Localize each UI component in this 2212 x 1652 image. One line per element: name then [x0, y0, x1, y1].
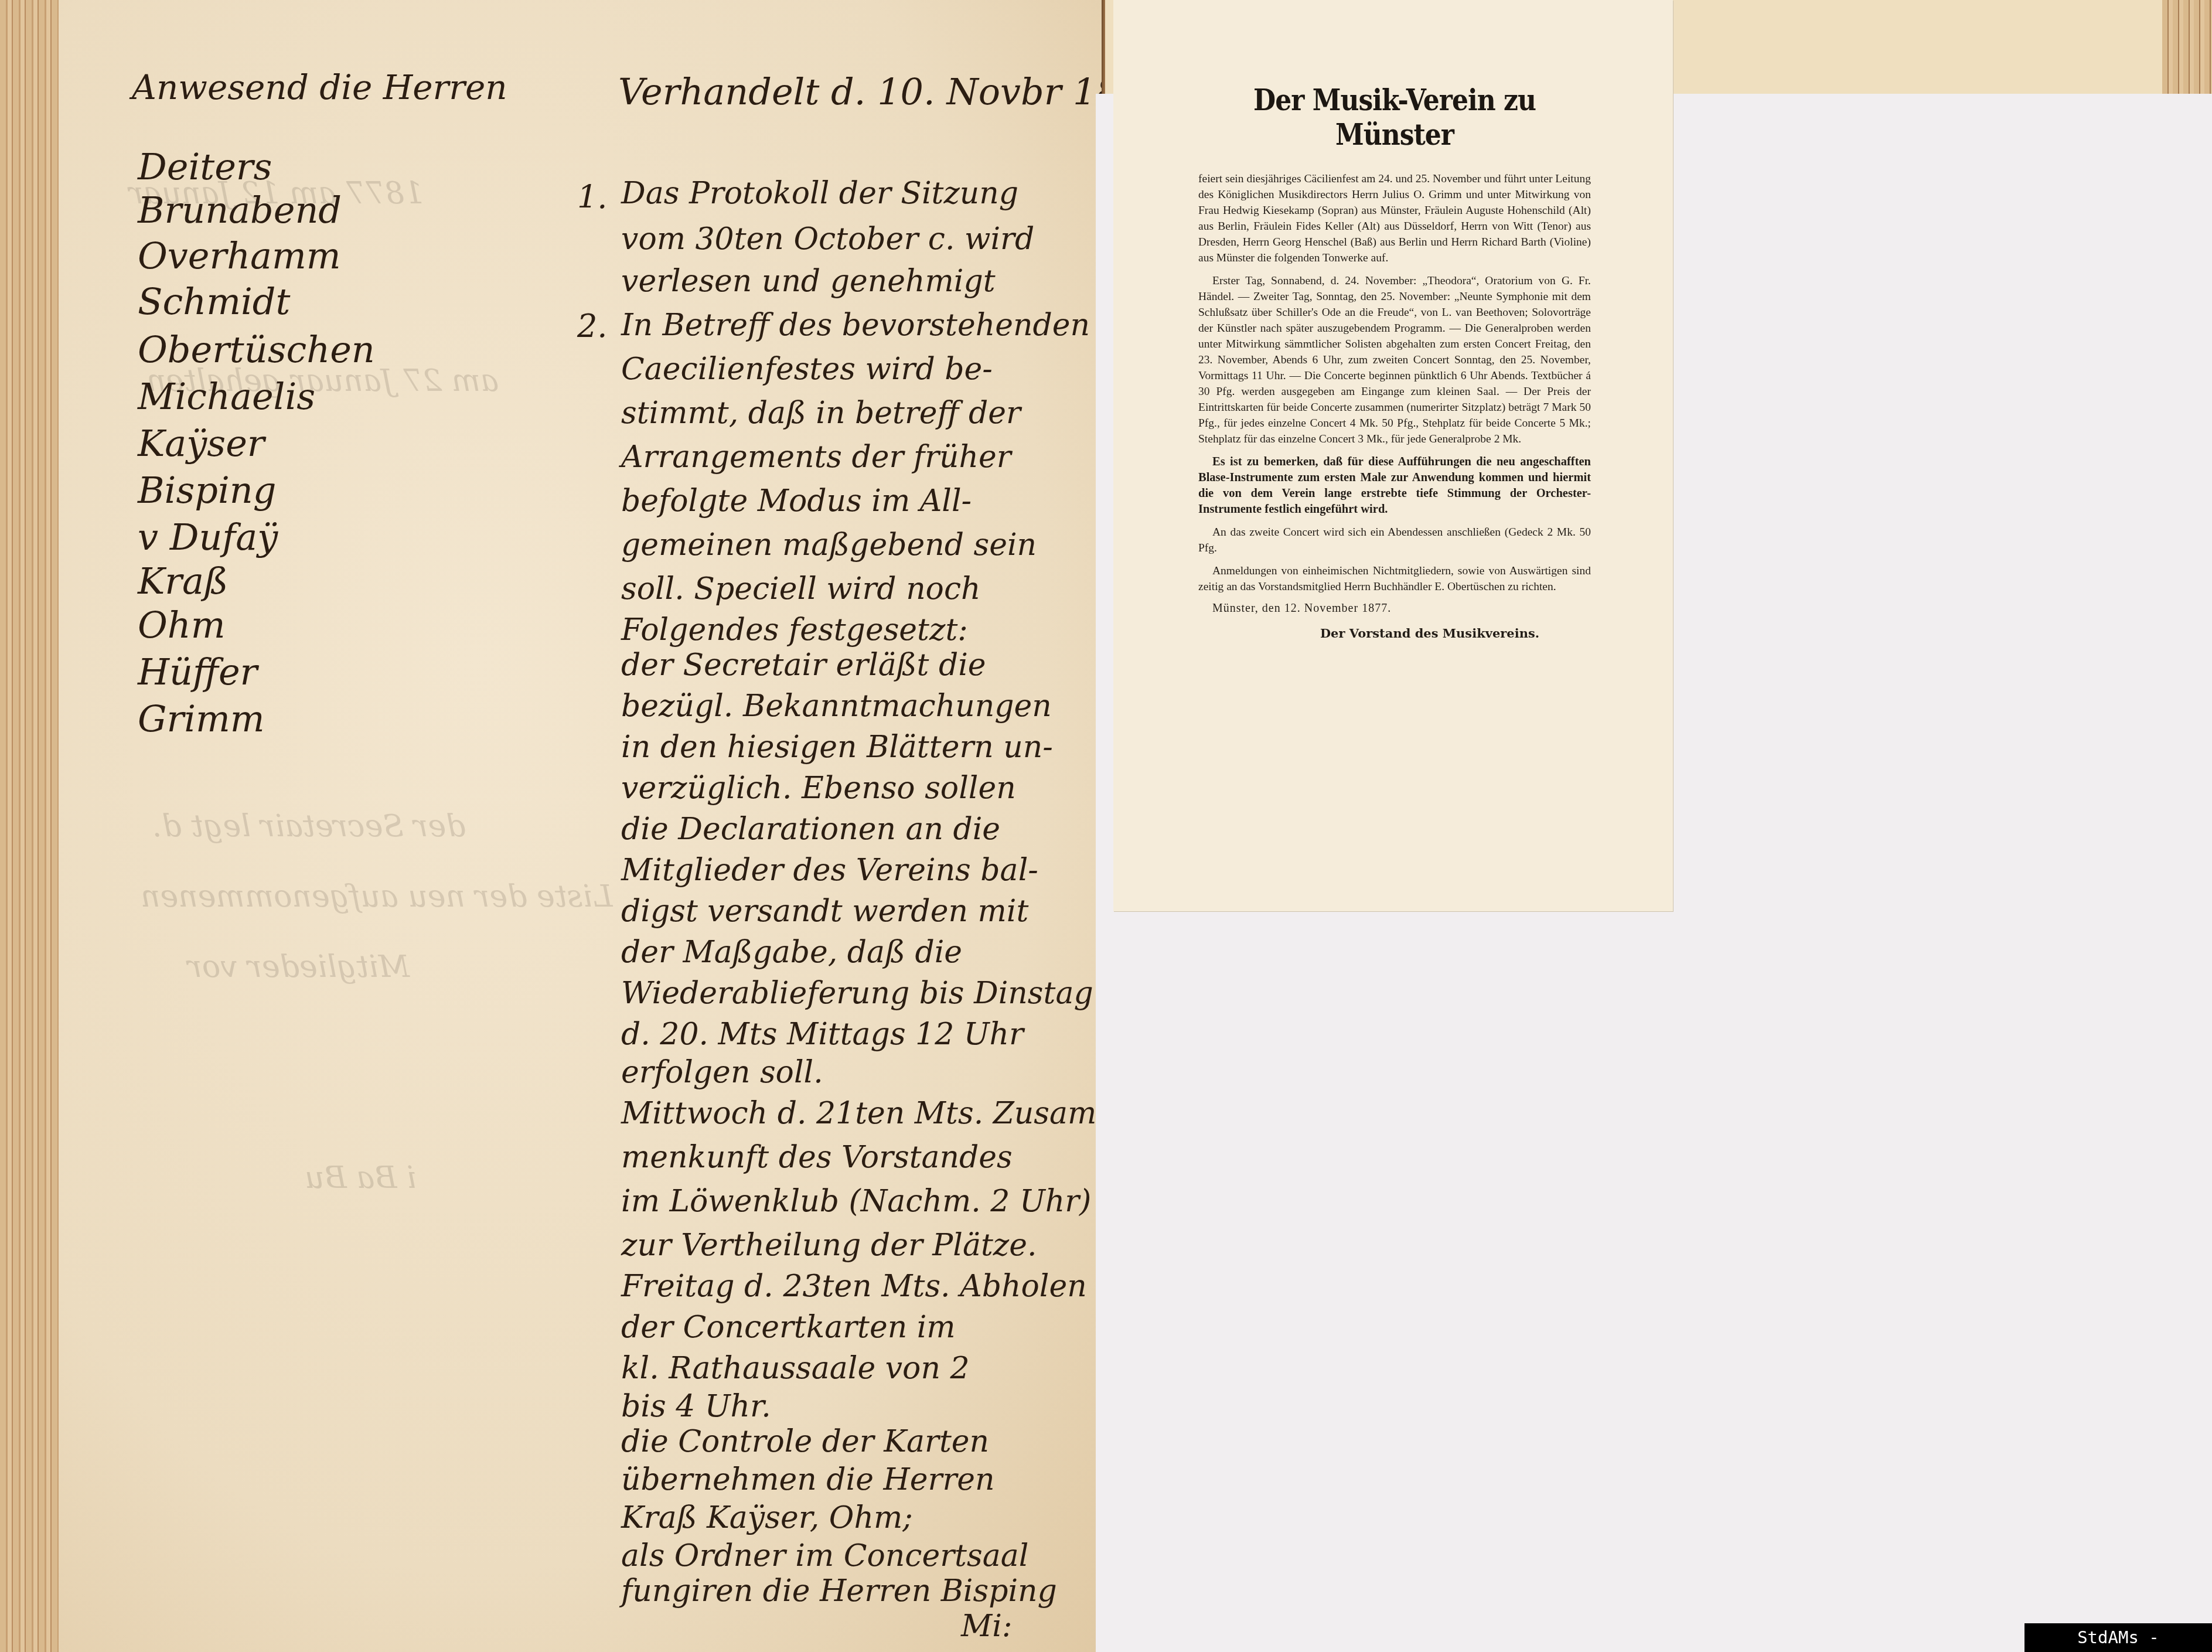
attendee-name: Schmidt: [138, 280, 290, 323]
archive-reference-label: StdAMs - MV_002a_339: [2024, 1623, 2212, 1652]
clipping-signature: Der Vorstand des Musikvereins.: [1269, 626, 1591, 641]
minutes-line: die Controle der Karten: [621, 1424, 989, 1459]
attendee-name: Deiters: [138, 145, 272, 188]
minutes-line: vom 30ten October c. wird: [621, 222, 1034, 257]
newspaper-clipping: Der Musik-Verein zu Münster feiert sein …: [1113, 0, 1673, 911]
minutes-line: menkunft des Vorstandes: [621, 1140, 1013, 1175]
minutes-line: digst versandt werden mit: [621, 894, 1028, 929]
minutes-line: übernehmen die Herren: [621, 1462, 995, 1497]
minutes-line: stimmt, daß in betreff der: [621, 396, 1021, 431]
attendee-name: Ohm: [138, 604, 226, 646]
minutes-line: befolgte Modus im All-: [621, 483, 972, 519]
minutes-header: Verhandelt d. 10. Novbr 1877: [618, 70, 1165, 113]
attendee-name: Kaÿser: [138, 422, 264, 465]
clipping-dinner: An das zweite Concert wird sich ein Aben…: [1198, 524, 1591, 556]
minutes-line: im Löwenklub (Nachm. 2 Uhr): [621, 1184, 1091, 1219]
clipping-program: Erster Tag, Sonnabend, d. 24. November: …: [1198, 273, 1591, 447]
minutes-line: der Secretair erläßt die: [621, 648, 986, 683]
minutes-line: Mi:: [961, 1609, 1012, 1644]
clipping-notice: Es ist zu bemerken, daß für diese Auffüh…: [1198, 454, 1591, 517]
minutes-line: kl. Rathaussaale von 2: [621, 1351, 970, 1386]
attendee-name: Grimm: [138, 697, 265, 740]
minutes-line: erfolgen soll.: [621, 1055, 823, 1090]
minutes-line: bezügl. Bekanntmachungen: [621, 689, 1052, 724]
minutes-line: Freitag d. 23ten Mts. Abholen: [621, 1269, 1087, 1304]
minutes-line: gemeinen maßgebend sein: [621, 527, 1037, 563]
attendee-name: Kraß: [138, 560, 228, 602]
clipping-registration: Anmeldungen von einheimischen Nichtmitgl…: [1198, 563, 1591, 595]
minutes-line: bis 4 Uhr.: [621, 1389, 771, 1424]
minutes-line: Mittwoch d. 21ten Mts. Zusam-: [621, 1096, 1107, 1131]
minutes-line: zur Vertheilung der Plätze.: [621, 1228, 1037, 1263]
attendee-name: Overhamm: [138, 234, 341, 277]
attendance-header: Anwesend die Herren: [132, 67, 507, 107]
clipping-date: Münster, den 12. November 1877.: [1212, 602, 1591, 615]
minutes-line: Arrangements der früher: [621, 440, 1011, 475]
bleed-through-text: der Secretair legt d.: [152, 809, 465, 844]
clipping-title: Der Musik-Verein zu Münster: [1198, 83, 1591, 152]
minutes-line: Wiederablieferung bis Dinstag: [621, 976, 1093, 1011]
minutes-line: als Ordner im Concertsaal: [621, 1538, 1028, 1573]
clipping-intro: feiert sein diesjähriges Cäcilienfest am…: [1198, 171, 1591, 266]
minutes-line: Kraß Kaÿser, Ohm;: [621, 1500, 913, 1535]
attendee-name: Brunabend: [138, 189, 342, 231]
minutes-line: Caecilienfestes wird be-: [621, 352, 993, 387]
bleed-through-text: Mitglieder vor: [188, 949, 410, 985]
attendee-name: Obertüschen: [138, 328, 375, 371]
minutes-line: verzüglich. Ebenso sollen: [621, 771, 1016, 806]
item-number: 2.: [577, 308, 608, 345]
minutes-line: verlesen und genehmigt: [621, 264, 996, 299]
minutes-line: Das Protokoll der Sitzung: [621, 176, 1018, 211]
minutes-line: fungiren die Herren Bisping: [621, 1573, 1057, 1609]
attendee-name: Bisping: [138, 469, 276, 512]
minutes-line: in den hiesigen Blättern un-: [621, 730, 1053, 765]
minutes-line: In Betreff des bevorstehenden: [621, 308, 1090, 343]
minutes-line: der Concertkarten im: [621, 1310, 956, 1345]
book-page-edges-left: [0, 0, 59, 1652]
minutes-line: d. 20. Mts Mittags 12 Uhr: [621, 1017, 1024, 1052]
minutes-line: Folgendes festgesetzt:: [621, 612, 968, 648]
minutes-line: die Declarationen an die: [621, 812, 1000, 847]
minutes-line: Mitglieder des Vereins bal-: [621, 853, 1038, 888]
item-number: 1.: [577, 179, 608, 216]
attendee-name: Michaelis: [138, 375, 315, 418]
minutes-line: der Maßgabe, daß die: [621, 935, 962, 970]
bleed-through-text: Liste der neu aufgenommenen: [141, 879, 613, 914]
attendee-name: Hüffer: [138, 650, 257, 693]
attendee-name: v Dufaÿ: [138, 516, 278, 558]
bleed-through-text: i Ba Bu: [305, 1160, 417, 1195]
minutes-line: soll. Speciell wird noch: [621, 571, 981, 607]
